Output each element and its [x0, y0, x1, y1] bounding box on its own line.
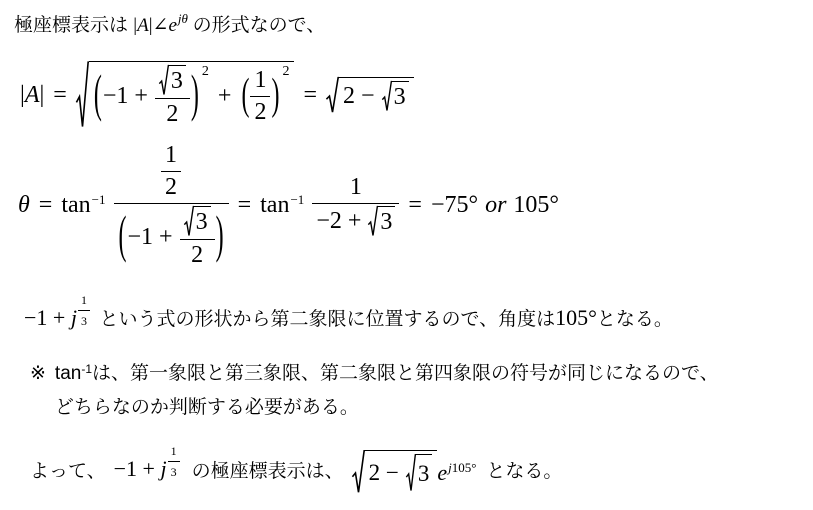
result-radical: 2 − 3 [326, 77, 414, 114]
sqrt-symbol [76, 61, 89, 130]
sqrt-symbol [326, 77, 339, 114]
conclusion-mid: の極座標表示は、 [192, 458, 344, 487]
j-variable: j [71, 305, 77, 330]
radicand: 2 − 3 [365, 450, 438, 495]
angle-formula: θ = tan−1 1 2 ( −1 + 3 [18, 142, 559, 269]
quadrant-line: −1 + j13 という式の形状から第二象限に位置するので、角度は105°となる… [24, 301, 805, 342]
radicand-three: 3 [378, 206, 395, 237]
conclusion-start: よって、 [30, 458, 106, 487]
sqrt-symbol [159, 65, 169, 96]
polar-form-expression: |A|∠ejθ [133, 15, 192, 36]
right-paren: ) [190, 67, 200, 125]
magnitude-formula: |A| = ( −1 + 3 2 ) 2 + ( [20, 61, 414, 130]
minus-one-plus: −1 + [24, 305, 65, 330]
abs-bar-close: | [39, 82, 44, 109]
inverse-exponent: -1 [81, 362, 92, 376]
left-paren: ( [93, 67, 103, 125]
note-line-1: tan-1は、第一象限と第三象限、第二象限と第四象限の符号が同じになるので、 [55, 357, 719, 390]
quadrant-text: という式の形状から第二象限に位置するので、角度は [99, 309, 555, 330]
equals-sign: = [39, 192, 53, 219]
inner-radical: 3 [382, 81, 409, 112]
sqrt3-over-2-fraction: 3 2 [180, 206, 215, 269]
two-minus: 2 − [343, 83, 375, 110]
euler-term: ej105° [437, 456, 476, 489]
equals-sign: = [303, 82, 317, 109]
intro-text-before: 極座標表示は [14, 15, 128, 36]
result-minus-75: −75° [431, 192, 478, 219]
result-radical: 2 − 3 [352, 450, 438, 495]
exp-denominator: 3 [168, 461, 180, 481]
note-marker: ※ [30, 357, 46, 424]
exponent: j105° [448, 460, 476, 475]
denominator-two: 2 [180, 239, 215, 269]
note-body: tan-1は、第一象限と第三象限、第二象限と第四象限の符号が同じになるので、 ど… [55, 357, 719, 424]
radicand-three: 3 [416, 454, 433, 493]
equals-sign: = [238, 192, 252, 219]
minus-one-plus: −1 + [114, 456, 155, 481]
inner-radical: 3 [184, 206, 211, 237]
conclusion-end: となる。 [486, 458, 562, 487]
sqrt-symbol [382, 81, 392, 112]
right-paren: ) [215, 208, 225, 266]
note-block: ※ tan-1は、第一象限と第三象限、第二象限と第四象限の符号が同じになるので、… [30, 357, 805, 424]
intro-text-after: の形式なので、 [193, 15, 326, 36]
or-word: or [485, 192, 506, 219]
variable-a: A [137, 15, 149, 36]
document-page: 極座標表示は |A|∠ejθ の形式なので、 |A| = ( −1 + 3 [0, 0, 813, 494]
tan-function: tan [55, 363, 81, 384]
equals-sign: = [53, 82, 67, 109]
euler-e: e [437, 460, 447, 485]
intro-line: 極座標表示は |A|∠ejθ の形式なので、 [14, 12, 805, 41]
denominator-two: 2 [161, 171, 181, 201]
exp-numerator: 1 [168, 442, 180, 461]
exp-denominator: 3 [78, 310, 90, 330]
sqrt-symbol [184, 206, 194, 237]
angle-value: 105° [555, 305, 597, 330]
denominator-two: 2 [155, 98, 190, 128]
numerator-one: 1 [250, 67, 270, 96]
theta-variable: θ [18, 192, 30, 219]
numerator-one: 1 [161, 142, 181, 171]
sqrt-symbol [406, 454, 416, 493]
right-paren: ) [270, 71, 280, 121]
main-fraction: 1 2 ( −1 + 3 2 ) [114, 142, 229, 269]
arctan-function: tan−1 [260, 192, 304, 219]
complex-expression: −1 + j13 [24, 305, 99, 330]
sqrt3-over-2-fraction: 3 2 [155, 65, 190, 128]
euler-e: e [168, 15, 176, 36]
minus-two-plus: −2 + [316, 208, 361, 235]
exp-numerator: 1 [78, 291, 90, 310]
denominator-two: 2 [250, 96, 270, 126]
one-third-exponent: 13 [168, 442, 180, 481]
result-105: 105° [513, 192, 559, 219]
angle-symbol: ∠ [153, 15, 169, 36]
arctan-function: tan−1 [61, 192, 105, 219]
outer-radical: ( −1 + 3 2 ) 2 + ( 1 2 [76, 61, 295, 130]
complex-expression: −1 + j13 [114, 452, 184, 493]
radicand: 2 − 3 [339, 77, 414, 114]
sqrt-symbol [352, 450, 365, 495]
j-variable: j [160, 456, 166, 481]
term-minus-one-plus: −1 + [103, 83, 148, 110]
left-paren: ( [240, 71, 250, 121]
exponent-jtheta: jθ [178, 11, 188, 26]
note-line-2: どちらなのか判断する必要がある。 [55, 391, 719, 424]
radicand-three: 3 [169, 65, 186, 96]
inverse-exponent: −1 [290, 192, 304, 207]
radicand-three: 3 [392, 81, 409, 112]
quadrant-text-end: となる。 [597, 309, 673, 330]
inverse-exponent: −1 [92, 192, 106, 207]
inner-radical: 3 [159, 65, 186, 96]
variable-a: A [25, 82, 40, 109]
simplified-fraction: 1 −2 + 3 [312, 174, 399, 237]
two-minus: 2 − [369, 456, 399, 491]
numerator-one: 1 [312, 174, 399, 203]
radicand: ( −1 + 3 2 ) 2 + ( 1 2 [89, 61, 295, 130]
conclusion-line: よって、 −1 + j13 の極座標表示は、 2 − 3 ej105° となる。 [30, 450, 805, 495]
squared-exponent: 2 [202, 64, 209, 80]
one-half-fraction: 1 2 [250, 67, 270, 126]
sqrt-symbol [368, 206, 378, 237]
one-third-exponent: 13 [78, 291, 90, 330]
radicand-three: 3 [194, 206, 211, 237]
inner-radical: 3 [368, 206, 395, 237]
squared-exponent: 2 [282, 64, 289, 80]
equals-sign: = [408, 192, 422, 219]
left-paren: ( [118, 208, 128, 266]
inner-radical: 3 [406, 454, 433, 493]
term-minus-one-plus: −1 + [128, 224, 173, 251]
one-half-fraction: 1 2 [161, 142, 181, 201]
plus-sign: + [218, 83, 232, 110]
